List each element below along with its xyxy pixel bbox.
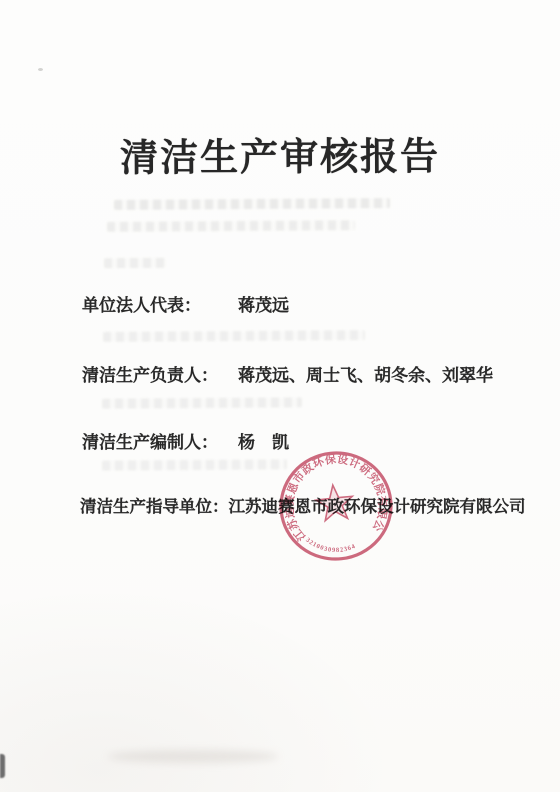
bleed-through-line [102,459,287,470]
field-legal-representative: 单位法人代表：蒋茂远 [82,291,289,316]
bleed-through-line [102,397,302,408]
field-label: 清洁生产负责人： [82,361,238,386]
company-seal-stamp: 江苏迪赛恩市政环保设计研究院有限公司 3210030982364 [266,436,407,577]
field-value: 蒋茂远、周士飞、胡冬余、刘翠华 [238,366,493,385]
scanned-document-page: 清洁生产审核报告 单位法人代表：蒋茂远 清洁生产负责人：蒋茂远、周士飞、胡冬余、… [0,0,560,792]
field-label: 清洁生产指导单位： [80,493,229,517]
field-report-compiler: 清洁生产编制人：杨 凯 [82,428,289,453]
field-label: 清洁生产编制人： [82,428,238,453]
scan-speck [38,68,43,71]
bleed-through-line [104,258,166,268]
document-title: 清洁生产审核报告 [0,125,560,183]
scan-edge-mark [0,754,5,778]
bleed-through-line [107,220,355,232]
stamp-star-icon [315,483,355,521]
bleed-through-line [114,198,390,210]
field-cleaner-production-leads: 清洁生产负责人：蒋茂远、周士飞、胡冬余、刘翠华 [82,361,493,386]
field-value: 蒋茂远 [238,296,289,315]
scan-smudge [108,750,278,763]
bleed-through-line [103,330,365,342]
field-label: 单位法人代表： [82,291,238,316]
